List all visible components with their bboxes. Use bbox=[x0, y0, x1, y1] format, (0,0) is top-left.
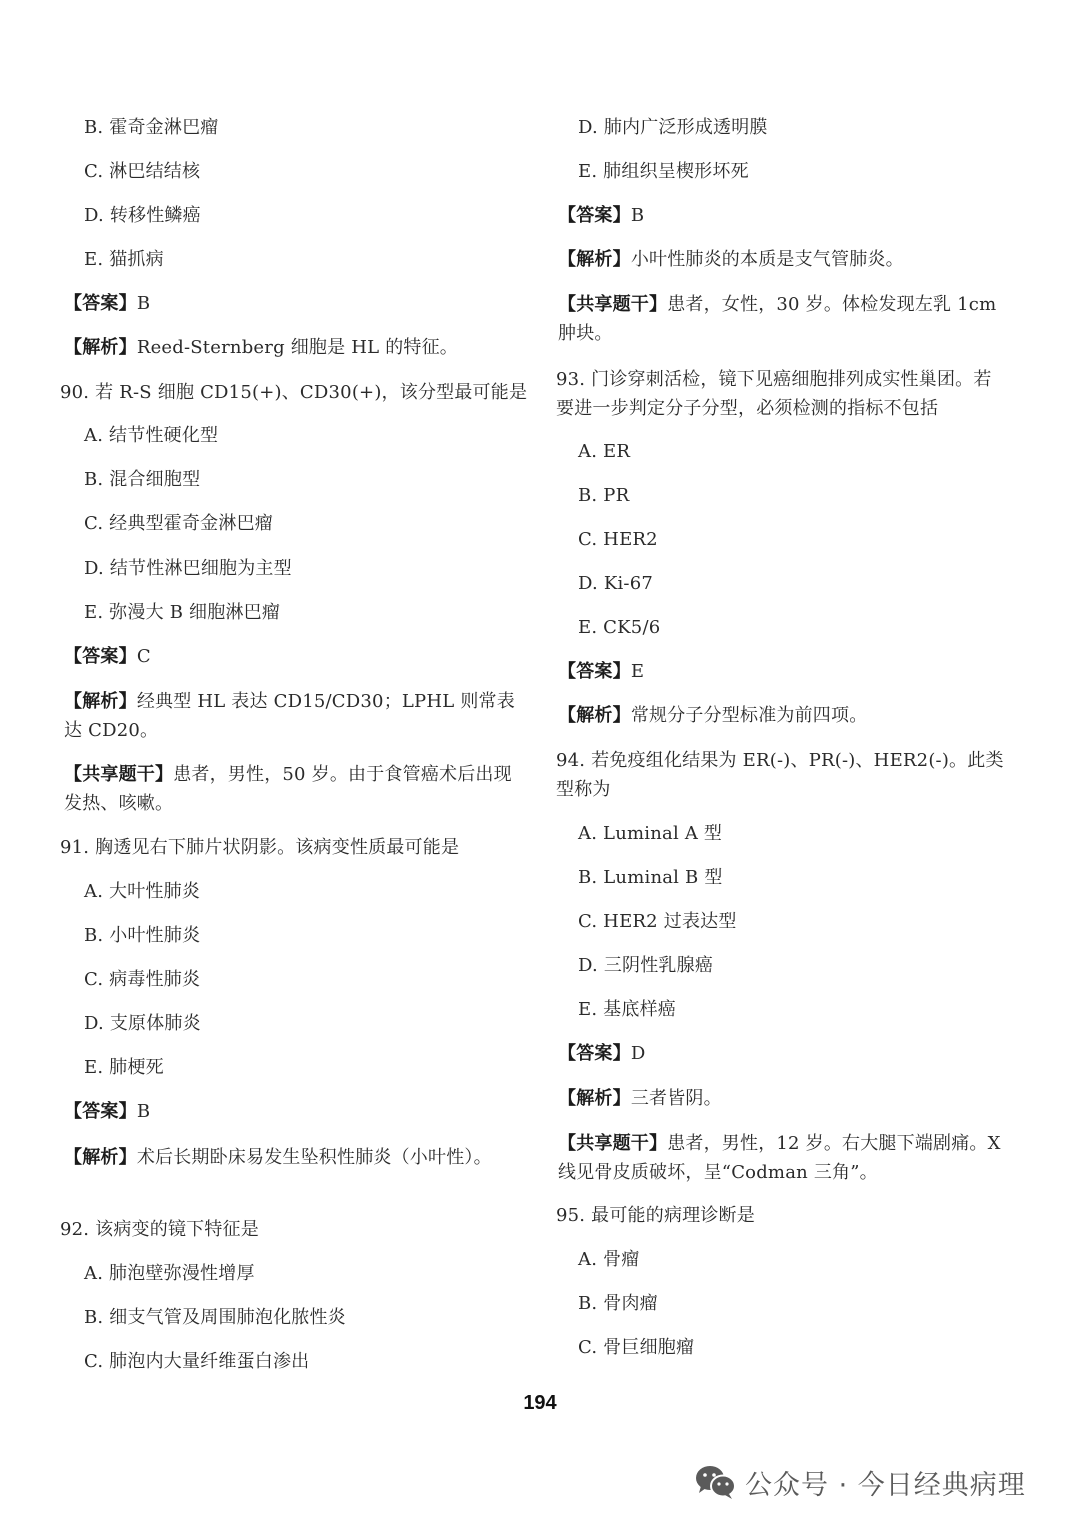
q93-option-e: E. CK5/6 bbox=[558, 614, 660, 642]
answer-tag: 【答案】 bbox=[558, 205, 631, 226]
explanation-tag: 【解析】 bbox=[64, 691, 137, 712]
q93-stem: 93. 门诊穿刺活检，镜下见癌细胞排列成实性巢团。若要进一步判定分子分型，必须检… bbox=[556, 365, 1006, 423]
q91-explanation: 【解析】术后长期卧床易发生坠积性肺炎（小叶性）。 bbox=[64, 1143, 524, 1172]
q89-option-c: C. 淋巴结结核 bbox=[64, 158, 200, 186]
q91-stem: 91. 胸透见右下肺片状阴影。该病变性质最可能是 bbox=[60, 834, 459, 862]
q93-option-c: C. HER2 bbox=[558, 526, 658, 554]
q95-stem: 95. 最可能的病理诊断是 bbox=[556, 1202, 755, 1230]
q92-option-d: D. 肺内广泛形成透明膜 bbox=[558, 114, 768, 142]
q92-explanation: 【解析】小叶性肺炎的本质是支气管肺炎。 bbox=[558, 246, 904, 274]
shared-stem-1: 【共享题干】患者，男性，50 岁。由于食管癌术后出现发热、咳嗽。 bbox=[64, 760, 524, 818]
answer-tag: 【答案】 bbox=[64, 293, 137, 314]
explanation-text: 三者皆阴。 bbox=[631, 1088, 722, 1109]
explanation-tag: 【解析】 bbox=[64, 1147, 137, 1168]
wechat-icon bbox=[695, 1464, 737, 1500]
q90-option-e: E. 弥漫大 B 细胞淋巴瘤 bbox=[64, 599, 280, 627]
q91-option-d: D. 支原体肺炎 bbox=[64, 1010, 201, 1038]
explanation-tag: 【解析】 bbox=[558, 1088, 631, 1109]
answer-value: E bbox=[631, 661, 644, 682]
q92-option-b: B. 细支气管及周围肺泡化脓性炎 bbox=[64, 1304, 346, 1332]
q89-option-b: B. 霍奇金淋巴瘤 bbox=[64, 114, 218, 142]
q94-option-c: C. HER2 过表达型 bbox=[558, 908, 737, 936]
q92-option-a: A. 肺泡壁弥漫性增厚 bbox=[64, 1260, 255, 1288]
q92-answer: 【答案】B bbox=[558, 202, 644, 230]
page-number: 194 bbox=[0, 1392, 1080, 1415]
q90-explanation: 【解析】经典型 HL 表达 CD15/CD30；LPHL 则常表达 CD20。 bbox=[64, 687, 524, 745]
answer-tag: 【答案】 bbox=[558, 1043, 631, 1064]
q95-option-a: A. 骨瘤 bbox=[558, 1246, 639, 1274]
q89-option-e: E. 猫抓病 bbox=[64, 246, 164, 274]
q90-option-c: C. 经典型霍奇金淋巴瘤 bbox=[64, 510, 273, 538]
q89-explanation: 【解析】Reed-Sternberg 细胞是 HL 的特征。 bbox=[64, 334, 458, 362]
explanation-text: Reed-Sternberg 细胞是 HL 的特征。 bbox=[137, 337, 458, 358]
answer-tag: 【答案】 bbox=[64, 1101, 137, 1122]
answer-value: D bbox=[631, 1043, 646, 1064]
q95-option-b: B. 骨肉瘤 bbox=[558, 1290, 658, 1318]
answer-value: C bbox=[137, 646, 151, 667]
answer-tag: 【答案】 bbox=[558, 661, 631, 682]
q94-option-d: D. 三阴性乳腺癌 bbox=[558, 952, 713, 980]
q89-answer: 【答案】B bbox=[64, 290, 150, 318]
q91-option-c: C. 病毒性肺炎 bbox=[64, 966, 200, 994]
explanation-tag: 【解析】 bbox=[558, 705, 631, 726]
answer-tag: 【答案】 bbox=[64, 646, 137, 667]
shared-stem-2: 【共享题干】患者，女性，30 岁。体检发现左乳 1cm 肿块。 bbox=[558, 290, 1018, 348]
q94-answer: 【答案】D bbox=[558, 1040, 645, 1068]
shared-stem-tag: 【共享题干】 bbox=[64, 764, 173, 785]
watermark: 公众号 · 今日经典病理 bbox=[695, 1462, 1026, 1502]
q92-stem: 92. 该病变的镜下特征是 bbox=[60, 1216, 259, 1244]
q91-answer: 【答案】B bbox=[64, 1098, 150, 1126]
shared-stem-tag: 【共享题干】 bbox=[558, 294, 667, 315]
q90-option-a: A. 结节性硬化型 bbox=[64, 422, 218, 450]
explanation-tag: 【解析】 bbox=[558, 249, 631, 270]
answer-value: B bbox=[137, 293, 150, 314]
q93-option-b: B. PR bbox=[558, 482, 629, 510]
q90-option-b: B. 混合细胞型 bbox=[64, 466, 200, 494]
q94-option-e: E. 基底样癌 bbox=[558, 996, 676, 1024]
watermark-text: 公众号 · 今日经典病理 bbox=[745, 1463, 1026, 1502]
q94-stem: 94. 若免疫组化结果为 ER(-)、PR(-)、HER2(-)。此类型称为 bbox=[556, 746, 1006, 804]
q93-answer: 【答案】E bbox=[558, 658, 644, 686]
q90-answer: 【答案】C bbox=[64, 643, 151, 671]
q94-option-a: A. Luminal A 型 bbox=[558, 820, 722, 848]
q94-explanation: 【解析】三者皆阴。 bbox=[558, 1085, 722, 1113]
q89-option-d: D. 转移性鳞癌 bbox=[64, 202, 201, 230]
q90-option-d: D. 结节性淋巴细胞为主型 bbox=[64, 555, 292, 583]
shared-stem-tag: 【共享题干】 bbox=[558, 1133, 667, 1154]
q93-explanation: 【解析】常规分子分型标准为前四项。 bbox=[558, 702, 867, 730]
explanation-text: 常规分子分型标准为前四项。 bbox=[631, 705, 868, 726]
shared-stem-3: 【共享题干】患者，男性，12 岁。右大腿下端剧痛。X 线见骨皮质破坏，呈“Cod… bbox=[558, 1129, 1018, 1187]
q91-option-a: A. 大叶性肺炎 bbox=[64, 878, 200, 906]
q91-option-b: B. 小叶性肺炎 bbox=[64, 922, 200, 950]
q93-option-a: A. ER bbox=[558, 438, 630, 466]
q92-option-c: C. 肺泡内大量纤维蛋白渗出 bbox=[64, 1348, 309, 1376]
q92-option-e: E. 肺组织呈楔形坏死 bbox=[558, 158, 749, 186]
explanation-tag: 【解析】 bbox=[64, 337, 137, 358]
q94-option-b: B. Luminal B 型 bbox=[558, 864, 723, 892]
q93-option-d: D. Ki-67 bbox=[558, 570, 653, 598]
answer-value: B bbox=[137, 1101, 150, 1122]
q90-stem: 90. 若 R-S 细胞 CD15(+)、CD30(+)，该分型最可能是 bbox=[60, 379, 527, 407]
explanation-text: 术后长期卧床易发生坠积性肺炎（小叶性）。 bbox=[137, 1147, 492, 1168]
q91-option-e: E. 肺梗死 bbox=[64, 1054, 164, 1082]
q95-option-c: C. 骨巨细胞瘤 bbox=[558, 1334, 694, 1362]
explanation-text: 小叶性肺炎的本质是支气管肺炎。 bbox=[631, 249, 904, 270]
answer-value: B bbox=[631, 205, 644, 226]
